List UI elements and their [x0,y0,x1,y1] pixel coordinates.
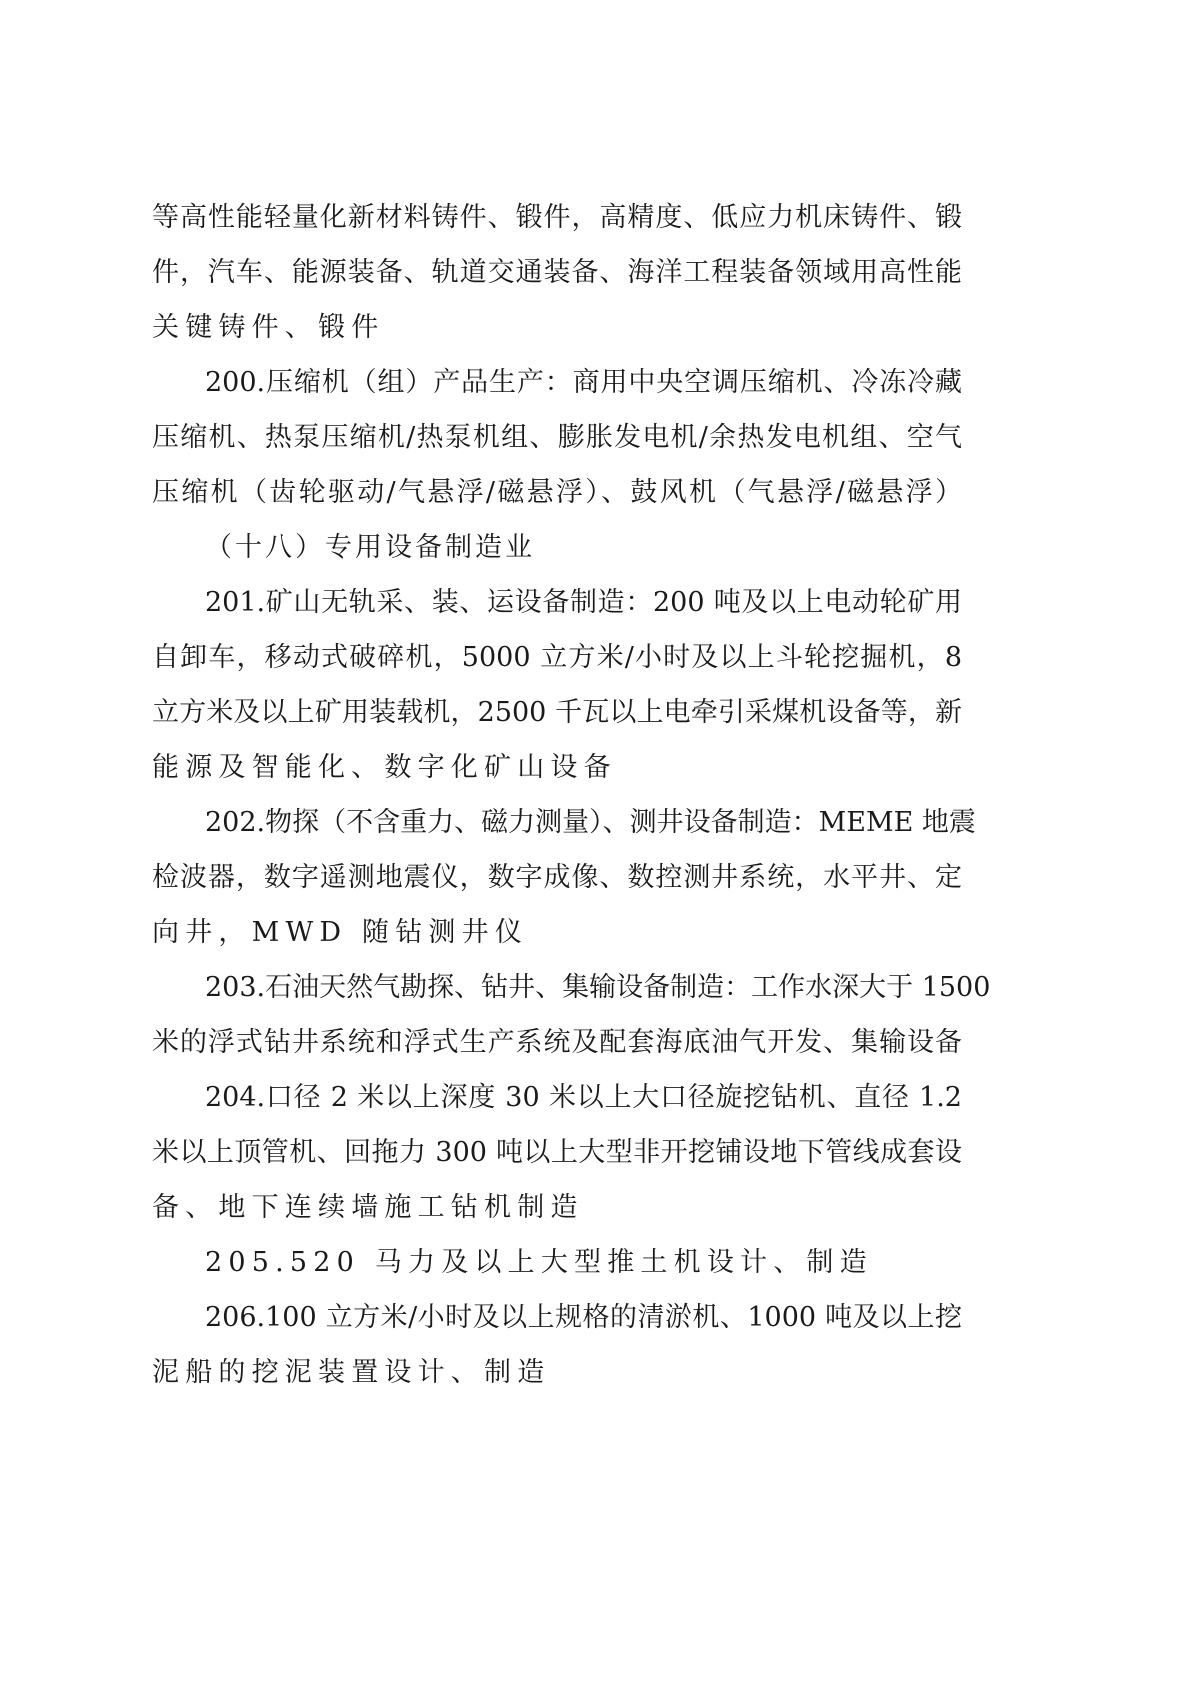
item-200-line-3: 压缩机（齿轮驱动/气悬浮/磁悬浮）、鼓风机（气悬浮/磁悬浮） [152,473,962,513]
item-201-line-1: 201.矿山无轨采、装、运设备制造：200 吨及以上电动轮矿用 [205,583,962,623]
document-page: 等高性能轻量化新材料铸件、锻件，高精度、低应力机床铸件、锻 件，汽车、能源装备、… [0,0,1190,1683]
item-204-line-1: 204.口径 2 米以上深度 30 米以上大口径旋挖钻机、直径 1.2 [205,1078,962,1118]
item-201-line-4: 能源及智能化、数字化矿山设备 [152,748,962,788]
text-line-2: 件，汽车、能源装备、轨道交通装备、海洋工程装备领域用高性能 [152,253,962,293]
section-heading: （十八）专用设备制造业 [205,528,962,568]
text-line-3: 关键铸件、锻件 [152,308,962,348]
item-202-line-1: 202.物探（不含重力、磁力测量）、测井设备制造：MEME 地震 [205,803,962,843]
item-204-line-2: 米以上顶管机、回拖力 300 吨以上大型非开挖铺设地下管线成套设 [152,1133,962,1173]
item-203-line-1: 203.石油天然气勘探、钻井、集输设备制造：工作水深大于 1500 [205,968,962,1008]
item-205-line-1: 205.520 马力及以上大型推土机设计、制造 [205,1243,962,1283]
text-line-1: 等高性能轻量化新材料铸件、锻件，高精度、低应力机床铸件、锻 [152,198,962,238]
item-206-line-1: 206.100 立方米/小时及以上规格的清淤机、1000 吨及以上挖 [205,1298,962,1338]
item-202-line-2: 检波器，数字遥测地震仪，数字成像、数控测井系统，水平井、定 [152,858,962,898]
item-201-line-3: 立方米及以上矿用装载机，2500 千瓦以上电牵引采煤机设备等，新 [152,693,962,733]
item-202-line-3: 向井，MWD 随钻测井仪 [152,913,962,953]
item-203-line-2: 米的浮式钻井系统和浮式生产系统及配套海底油气开发、集输设备 [152,1023,962,1063]
item-204-line-3: 备、地下连续墙施工钻机制造 [152,1188,962,1228]
item-201-line-2: 自卸车，移动式破碎机，5000 立方米/小时及以上斗轮挖掘机，8 [152,638,962,678]
item-200-line-1: 200.压缩机（组）产品生产：商用中央空调压缩机、冷冻冷藏 [205,363,962,403]
item-206-line-2: 泥船的挖泥装置设计、制造 [152,1353,962,1393]
item-200-line-2: 压缩机、热泵压缩机/热泵机组、膨胀发电机/余热发电机组、空气 [152,418,962,458]
